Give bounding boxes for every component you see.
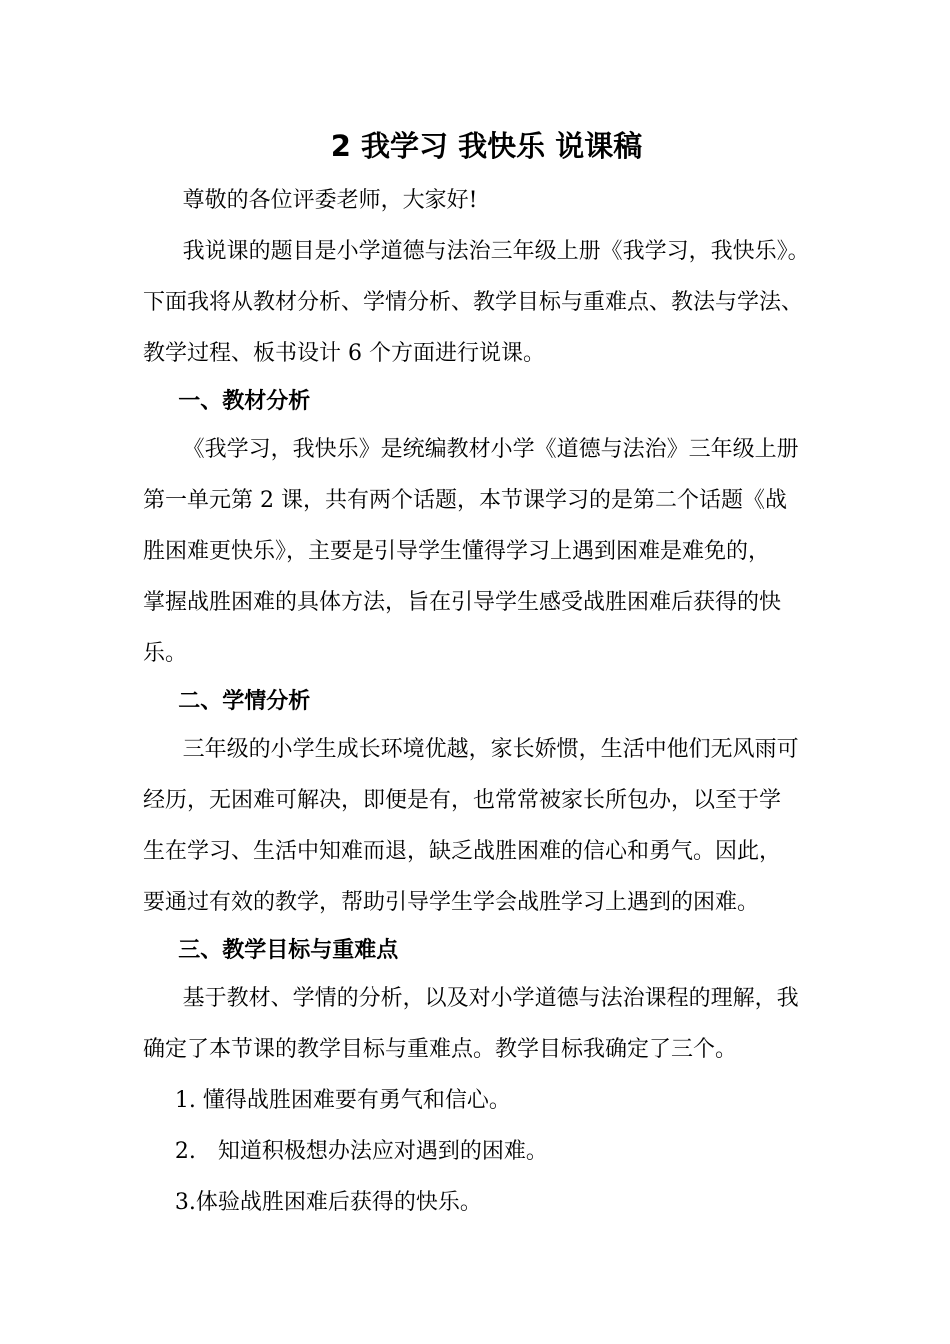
objective-item-2: 2. 知道积极想办法应对遇到的困难。 bbox=[143, 1126, 830, 1177]
objective-item-1: 1. 懂得战胜困难要有勇气和信心。 bbox=[143, 1075, 830, 1126]
section-heading-textbook-analysis: 一、教材分析 bbox=[143, 379, 830, 424]
overview-paragraph: 我说课的题目是小学道德与法治三年级上册《我学习，我快乐》。 下面我将从教材分析、… bbox=[143, 226, 830, 379]
section-heading-teaching-objectives: 三、教学目标与重难点 bbox=[143, 928, 830, 973]
document-title: 2 我学习 我快乐 说课稿 bbox=[143, 124, 830, 168]
document-page: 2 我学习 我快乐 说课稿 尊敬的各位评委老师，大家好! 我说课的题目是小学道德… bbox=[0, 0, 950, 1344]
section-heading-learner-analysis: 二、学情分析 bbox=[143, 679, 830, 724]
section-body-teaching-objectives: 基于教材、学情的分析，以及对小学道德与法治课程的理解，我 确定了本节课的教学目标… bbox=[143, 973, 830, 1075]
section-body-learner-analysis: 三年级的小学生成长环境优越，家长娇惯，生活中他们无风雨可 经历，无困难可解决，即… bbox=[143, 724, 830, 928]
greeting-paragraph: 尊敬的各位评委老师，大家好! bbox=[143, 175, 830, 226]
objective-item-3: 3.体验战胜困难后获得的快乐。 bbox=[143, 1177, 830, 1228]
section-body-textbook-analysis: 《我学习，我快乐》是统编教材小学《道德与法治》三年级上册 第一单元第 2 课，共… bbox=[143, 424, 830, 679]
